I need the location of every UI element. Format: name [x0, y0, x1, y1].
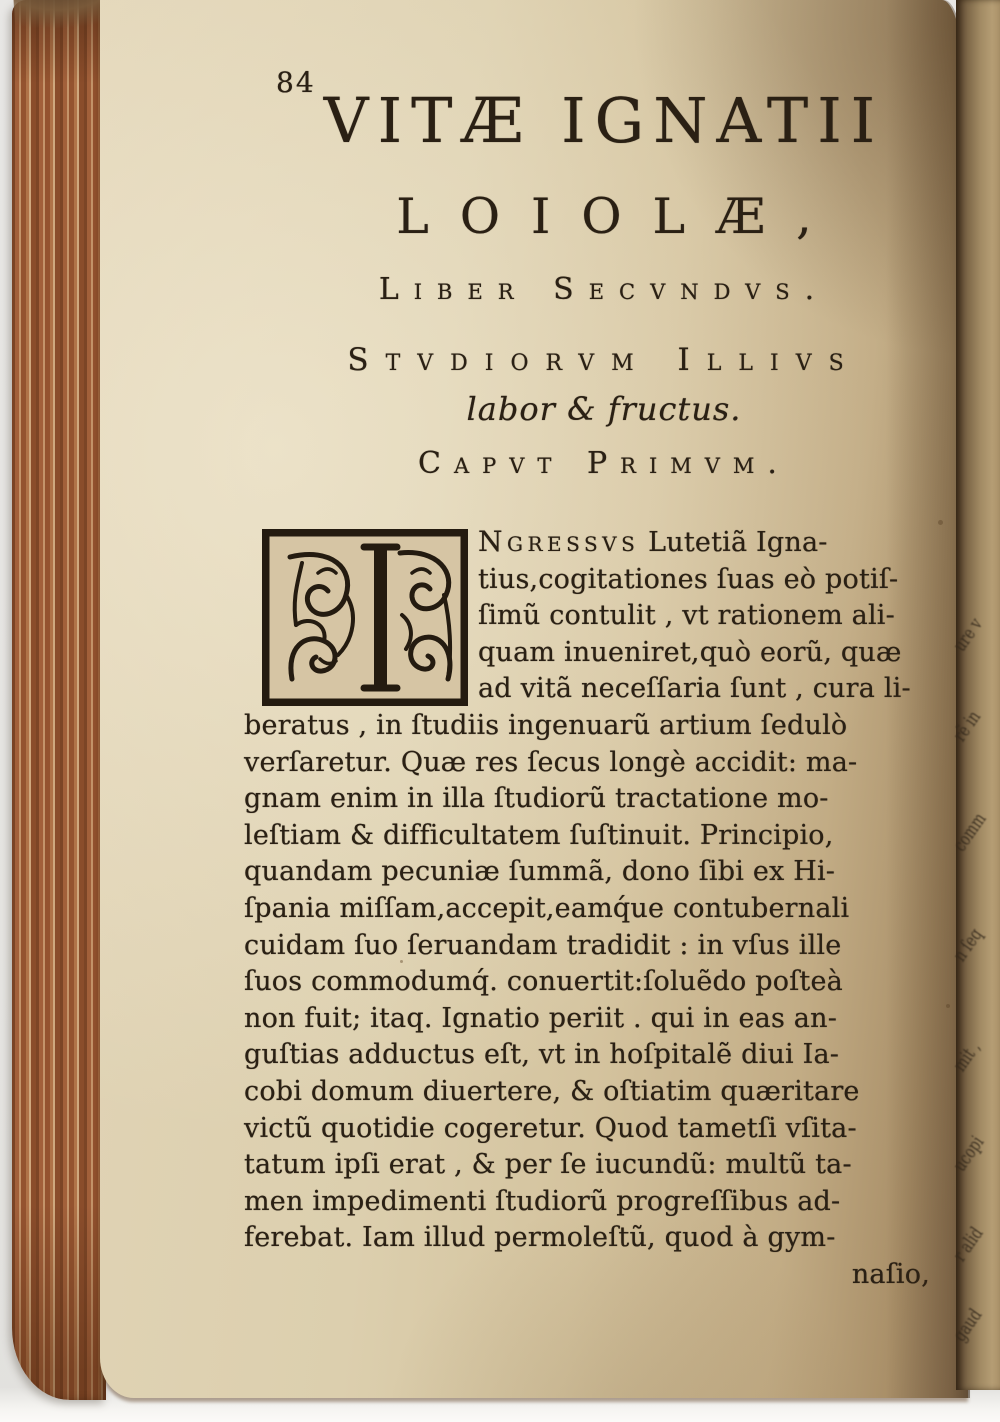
body-line: tatum ipſi erat , & per ſe iucundũ: mult…: [244, 1147, 956, 1184]
body-line: verſaretur. Quæ res ſecus longè accidit:…: [244, 745, 956, 782]
body-line: non fuit; itaq. Ignatio periit . qui in …: [244, 1001, 956, 1038]
adjacent-text-fragment: rẽ in: [950, 708, 984, 745]
photo-background: 84 VITÆ IGNATII LOIOLÆ, Liber Secvndvs. …: [0, 0, 1000, 1422]
book-heading: Liber Secvndvs.: [246, 272, 962, 307]
body-line: gnam enim in illa ſtudiorũ tractatione m…: [244, 781, 956, 818]
book-fore-edge: [12, 0, 106, 1400]
body-line: quandam pecuniæ ſummã, dono ſibi ex Hi-: [244, 854, 956, 891]
section-heading: Stvdiorvm Illivs: [246, 342, 962, 378]
body-line: guſtias adductus eſt, vt in hoſpitalẽ di…: [244, 1037, 956, 1074]
body-line: ſuos commodumq́. conuertit:ſoluẽdo poſte…: [244, 964, 956, 1001]
book: 84 VITÆ IGNATII LOIOLÆ, Liber Secvndvs. …: [12, 0, 1000, 1404]
body-line: cuidam ſuo ſeruandam tradidit : in vſus …: [244, 928, 956, 965]
section-subtitle: labor & fructus.: [246, 390, 962, 428]
body-line: men impedimenti ſtudiorũ progreſſibus ad…: [244, 1184, 956, 1221]
opening-smallcaps: Ngressvs: [478, 525, 639, 558]
body-line: cobi domum diuertere, & oſtiatim quærita…: [244, 1074, 956, 1111]
adjacent-text-fragment: ucopi: [950, 1133, 987, 1175]
running-title-line2: LOIOLÆ,: [246, 188, 962, 245]
body-line: ferebat. Iam illud permoleſtũ, quod à gy…: [244, 1220, 956, 1257]
running-title-line1: VITÆ IGNATII: [246, 84, 962, 157]
opening-rest: Lutetiã Igna-: [639, 527, 827, 558]
body-line: ſpania miſſam,accepit,eamq́ue contuberna…: [244, 891, 956, 928]
body-text: Ngressvs Lutetiã Igna- tius,cogitationes…: [244, 524, 956, 1293]
adjacent-text-fragment: comm: [950, 810, 990, 855]
book-page: 84 VITÆ IGNATII LOIOLÆ, Liber Secvndvs. …: [100, 0, 968, 1398]
adjacent-text-fragment: gaud: [950, 1306, 985, 1345]
catchword: naſio,: [244, 1257, 956, 1294]
chapter-heading: Capvt Primvm.: [246, 446, 962, 481]
body-line: quam inueniret,quò eorũ, quæ: [478, 635, 956, 672]
woodcut-initial-I: [262, 529, 468, 706]
body-line: victũ quotidie cogeretur. Quod tametſi v…: [244, 1111, 956, 1148]
adjacent-text-fragment: r alid: [950, 1224, 987, 1265]
body-line: beratus , in ſtudiis ingenuarũ artium ſe…: [244, 708, 956, 745]
body-line: Ngressvs Lutetiã Igna-: [478, 524, 956, 562]
body-line: tius,cogitationes ſuas eò potiſ-: [478, 562, 956, 599]
body-line: ad vitã neceſſaria ſunt , cura li-: [478, 671, 956, 708]
body-line: ſimũ contulit , vt rationem ali-: [478, 598, 956, 635]
adjacent-text-fragment: mit ,: [950, 1038, 984, 1075]
adjacent-text-fragment: n ſeq: [950, 925, 986, 965]
adjacent-text-fragment: ure v: [950, 615, 986, 655]
body-line: leſtiam & difficultatem ſuſtinuit. Princ…: [244, 818, 956, 855]
adjacent-page-edge: ure v rẽ in comm n ſeq mit , ucopi r ali…: [956, 0, 1000, 1390]
